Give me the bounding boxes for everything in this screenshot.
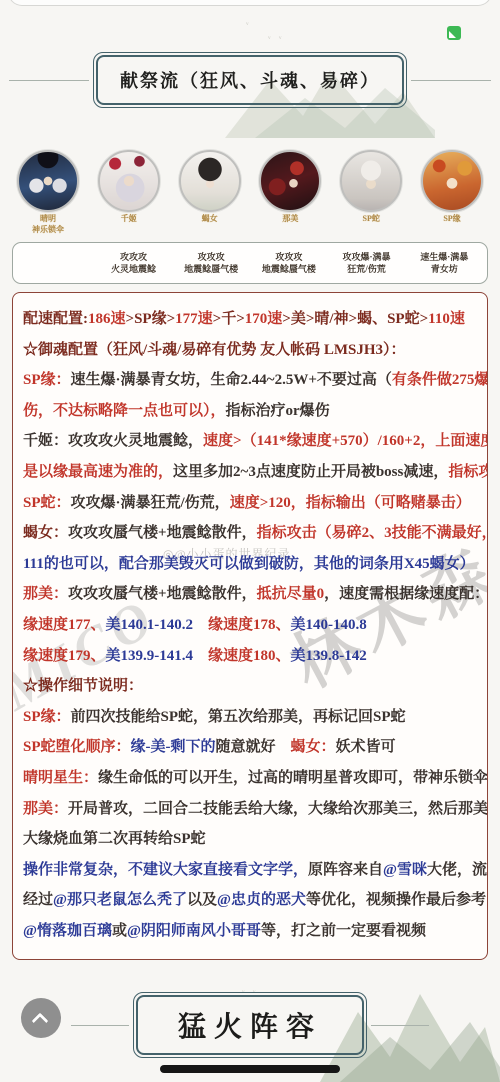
guide-line: 千姬：攻攻攻火灵地震鲶，速度>（141*缘速度+570）/160+2，上面速度 [23,426,477,457]
guide-line: 配速配置:186速>SP缘>177速>千>170速>美>晴/神>蝎、SP蛇>11… [23,304,477,335]
divider-line [411,80,491,81]
home-indicator[interactable] [160,1065,340,1073]
gold-stamp: SP缘 [443,214,460,223]
section-header-top: 献祭流（狂风、斗魂、易碎） [0,52,500,108]
guide-line: 那美：攻攻攻蜃气楼+地震鲶散件，抵抗尽量0，速度需根据缘速度配： [23,579,477,610]
guide-line: 缘速度177、美140.1-140.2 缘速度178、美140-140.8 [23,610,477,641]
title-box-bottom: 猛火阵容 [133,992,367,1058]
guide-line: ☆御魂配置（狂风/斗魂/易碎有优势 友人帐码 LMSJH3）： [23,335,477,366]
guide-line: 是以缘最高速为准的，这里多加2~3点速度防止开局被boss减速，指标攻击 [23,457,477,488]
soul-config-box: 攻攻攻火灵地震鲶 攻攻攻地震鲶蜃气楼 攻攻攻地震鲶蜃气楼 攻攻爆·满暴狂荒/伤荒… [12,242,488,284]
guide-line: SP蛇堕化顺序：缘-美-剩下的随意就好 蝎女：妖术皆可 [23,732,477,763]
avatar-cell-senhime: 千姬 [91,150,167,234]
guide-page: ᵥ ᵥ ᵥ 献祭流（狂风、斗魂、易碎） 晴明 神乐锁伞 千姬 蝎女 [0,0,500,1082]
avatar-cell-scorpion: 蝎女 [172,150,248,234]
avatar-seimei [17,150,79,212]
guide-line: 操作非常复杂，不建议大家直接看文字学，原阵容来自@雪咪大佬，流程 [23,855,477,886]
guide-line: 111的也可以，配合那美毁灭可以做到破防，其他的词条用X45蝎女） [23,549,477,580]
guide-line: SP蛇：攻攻爆·满暴狂荒/伤荒，速度>120，指标输出（可略赌暴击） [23,488,477,519]
guide-line: 伤，不达标略降一点也可以），指标治疗or爆伤 [23,396,477,427]
page-title: 献祭流（狂风、斗魂、易碎） [120,67,380,93]
avatar-sp-yuan [421,150,483,212]
bird-decoration: ᵥ [246,16,252,26]
guide-line: 那美：开局普攻，二回合二技能丢给大缘，大缘给次那美三，然后那美给 [23,794,477,825]
floating-window-icon[interactable] [447,26,461,40]
guide-line: 晴明星生：缘生命低的可以开生，过高的晴明星普攻即可，带神乐锁伞 [23,763,477,794]
avatar-cell-seimei: 晴明 神乐锁伞 [10,150,86,234]
soul-col: 攻攻爆·满暴狂荒/伤荒 [328,251,406,275]
guide-line: @惰落珈百璃或@阴阳师南风小哥哥等，打之前一定要看视频 [23,916,477,947]
guide-line: ☆操作细节说明： [23,671,477,702]
divider-line [9,80,89,81]
avatar-sp-snake [340,150,402,212]
avatar-cell-nami: 那美 [252,150,328,234]
next-section-title: 猛火阵容 [178,1005,322,1045]
gold-stamp: 千姬 [121,214,137,223]
gold-stamp: 蝎女 [202,214,218,223]
guide-line: 缘速度179、美139.9-141.4 缘速度180、美139.8-142 [23,641,477,672]
guide-line: SP缘：前四次技能给SP蛇，第五次给那美，再标记回SP蛇 [23,702,477,733]
soul-col: 攻攻攻地震鲶蜃气楼 [250,251,328,275]
avatar-nami [259,150,321,212]
soul-col: 攻攻攻火灵地震鲶 [95,251,173,275]
guide-line: 大缘烧血第二次再转给SP蛇 [23,824,477,855]
section-header-bottom: 猛火阵容 [0,992,500,1058]
guide-line: SP缘：速生爆·满暴青女坊，生命2.44~2.5W+不要过高（有条件做275爆 [23,365,477,396]
title-box-top: 献祭流（狂风、斗魂、易碎） [93,52,407,108]
guide-line: 经过@那只老鼠怎么秃了以及@忠贞的恶犬等优化，视频操作最后参考的 [23,885,477,916]
gold-stamp: 晴明 [40,214,56,223]
avatar-senhime [98,150,160,212]
guide-text-box: ◎@小小蛋的世界纪录 林木森 MICO 配速配置:186速>SP缘>177速>千… [12,292,488,960]
gold-stamp: 神乐锁伞 [32,225,64,234]
soul-col: 攻攻攻地震鲶蜃气楼 [172,251,250,275]
divider-line [71,1025,129,1026]
team-avatar-row: 晴明 神乐锁伞 千姬 蝎女 那美 SP蛇 SP缘 [10,150,490,234]
guide-line: 蝎女：攻攻攻蜃气楼+地震鲶散件，指标攻击（易碎2、3技能不满最好， [23,518,477,549]
soul-col: 速生爆·满暴青女坊 [405,251,483,275]
avatar-cell-sp-snake: SP蛇 [333,150,409,234]
avatar-scorpion [179,150,241,212]
previous-card-bottom-edge [8,0,492,6]
gold-stamp: SP蛇 [363,214,380,223]
avatar-cell-sp-yuan: SP缘 [414,150,490,234]
gold-stamp: 那美 [282,214,298,223]
bird-decoration: ᵥ ᵥ [268,30,285,40]
divider-line [371,1025,429,1026]
